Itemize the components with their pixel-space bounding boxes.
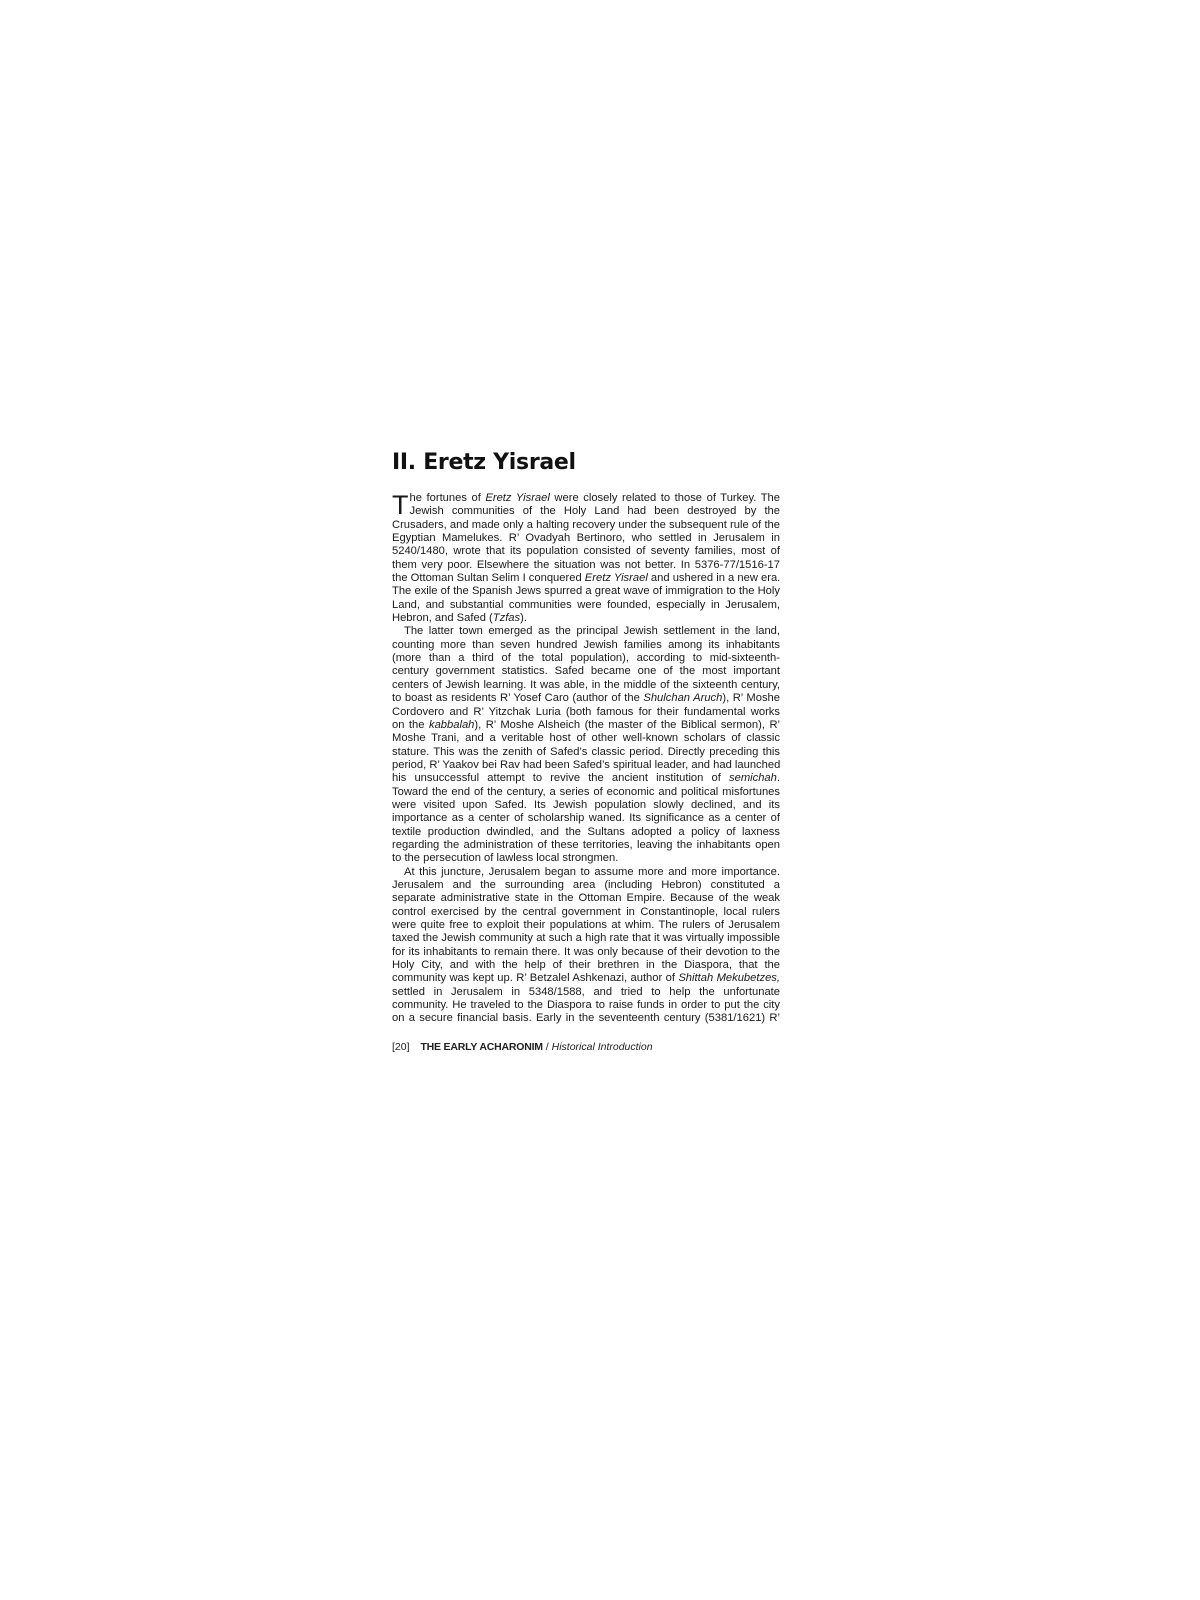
- text-line: centers of Jewish learning. It was able,…: [392, 679, 780, 692]
- text-line: settled in Jerusalem in 5348/1588, and t…: [392, 986, 780, 999]
- text-line: separate administrative state in the Ott…: [392, 892, 780, 905]
- text-line: importance as a center of scholarship wa…: [392, 812, 780, 825]
- text-line: to boast as residents R’ Yosef Caro (aut…: [392, 692, 780, 705]
- section-title: Historical Introduction: [552, 1041, 653, 1053]
- italic-term: Tzfas: [493, 612, 520, 624]
- text-line: Holy City, and with the help of their br…: [392, 959, 780, 972]
- book-title: THE EARLY ACHARONIM: [420, 1041, 542, 1053]
- text-line: control exercised by the central governm…: [392, 906, 780, 919]
- text-line: The exile of the Spanish Jews spurred a …: [392, 585, 780, 598]
- text-line: At this juncture, Jerusalem began to ass…: [392, 866, 780, 879]
- text-line: Egyptian Mamelukes. R’ Ovadyah Bertinoro…: [392, 532, 780, 545]
- text-line: The latter town emerged as the principal…: [392, 625, 780, 638]
- text-line: community was kept up. R’ Betzalel Ashke…: [392, 972, 780, 985]
- text-line: Jerusalem and the surrounding area (incl…: [392, 879, 780, 892]
- chapter-heading: II. Eretz Yisrael: [392, 448, 780, 478]
- text-line: century government statistics. Safed bec…: [392, 665, 780, 678]
- italic-term: kabbalah: [429, 719, 474, 731]
- text-line: regarding the administration of these te…: [392, 839, 780, 852]
- text-line: stature. This was the zenith of Safed’s …: [392, 746, 780, 759]
- text-line: Cordovero and R’ Yitzchak Luria (both fa…: [392, 706, 780, 719]
- text-line: on the kabbalah), R’ Moshe Alsheich (the…: [392, 719, 780, 732]
- body-text: T he fortunes of Eretz Yisrael were clos…: [392, 492, 780, 1026]
- text-line: period, R’ Yaakov bei Rav had been Safed…: [392, 759, 780, 772]
- text-line: Hebron, and Safed (Tzfas).: [392, 612, 780, 625]
- text-line: them very poor. Elsewhere the situation …: [392, 559, 780, 572]
- text-line: Moshe Trani, and a veritable host of oth…: [392, 732, 780, 745]
- text-line: to the persecution of lawless local stro…: [392, 852, 780, 865]
- text-line: community. He traveled to the Diaspora t…: [392, 999, 780, 1012]
- text-line: were quite free to exploit their populat…: [392, 919, 780, 932]
- text-line: taxed the Jewish community at such a hig…: [392, 932, 780, 945]
- text-line: Jewish communities of the Holy Land had …: [392, 505, 780, 518]
- text-line: 5240/1480, wrote that its population con…: [392, 545, 780, 558]
- italic-term: Eretz Yisrael: [585, 572, 648, 584]
- text-line: were visited upon Safed. Its Jewish popu…: [392, 799, 780, 812]
- footer-separator: /: [543, 1041, 552, 1053]
- text-line: textile production dwindled, and the Sul…: [392, 826, 780, 839]
- text-line: on a secure financial basis. Early in th…: [392, 1012, 780, 1025]
- drop-cap: T: [392, 493, 409, 517]
- italic-term: Shulchan Aruch: [643, 692, 722, 704]
- book-page: II. Eretz Yisrael T he fortunes of Eretz…: [392, 448, 780, 1054]
- text-line: Land, and substantial communities were f…: [392, 599, 780, 612]
- text-line: he fortunes of Eretz Yisrael were closel…: [392, 492, 780, 505]
- text-line: (more than a third of the total populati…: [392, 652, 780, 665]
- text-line: Crusaders, and made only a halting recov…: [392, 519, 780, 532]
- text-line: counting more than seven hundred Jewish …: [392, 639, 780, 652]
- page-number: [20]: [392, 1041, 410, 1053]
- running-footer: [20] THE EARLY ACHARONIM / Historical In…: [392, 1040, 780, 1054]
- italic-term: semichah: [729, 772, 777, 784]
- italic-term: Eretz Yisrael: [485, 492, 549, 504]
- text-line: for its inhabitants to remain there. It …: [392, 946, 780, 959]
- text-line: the Ottoman Sultan Selim I conquered Ere…: [392, 572, 780, 585]
- text-line: his unsuccessful attempt to revive the a…: [392, 772, 780, 785]
- italic-term: Shittah Mekubetzes,: [678, 972, 780, 984]
- text-line: Toward the end of the century, a series …: [392, 786, 780, 799]
